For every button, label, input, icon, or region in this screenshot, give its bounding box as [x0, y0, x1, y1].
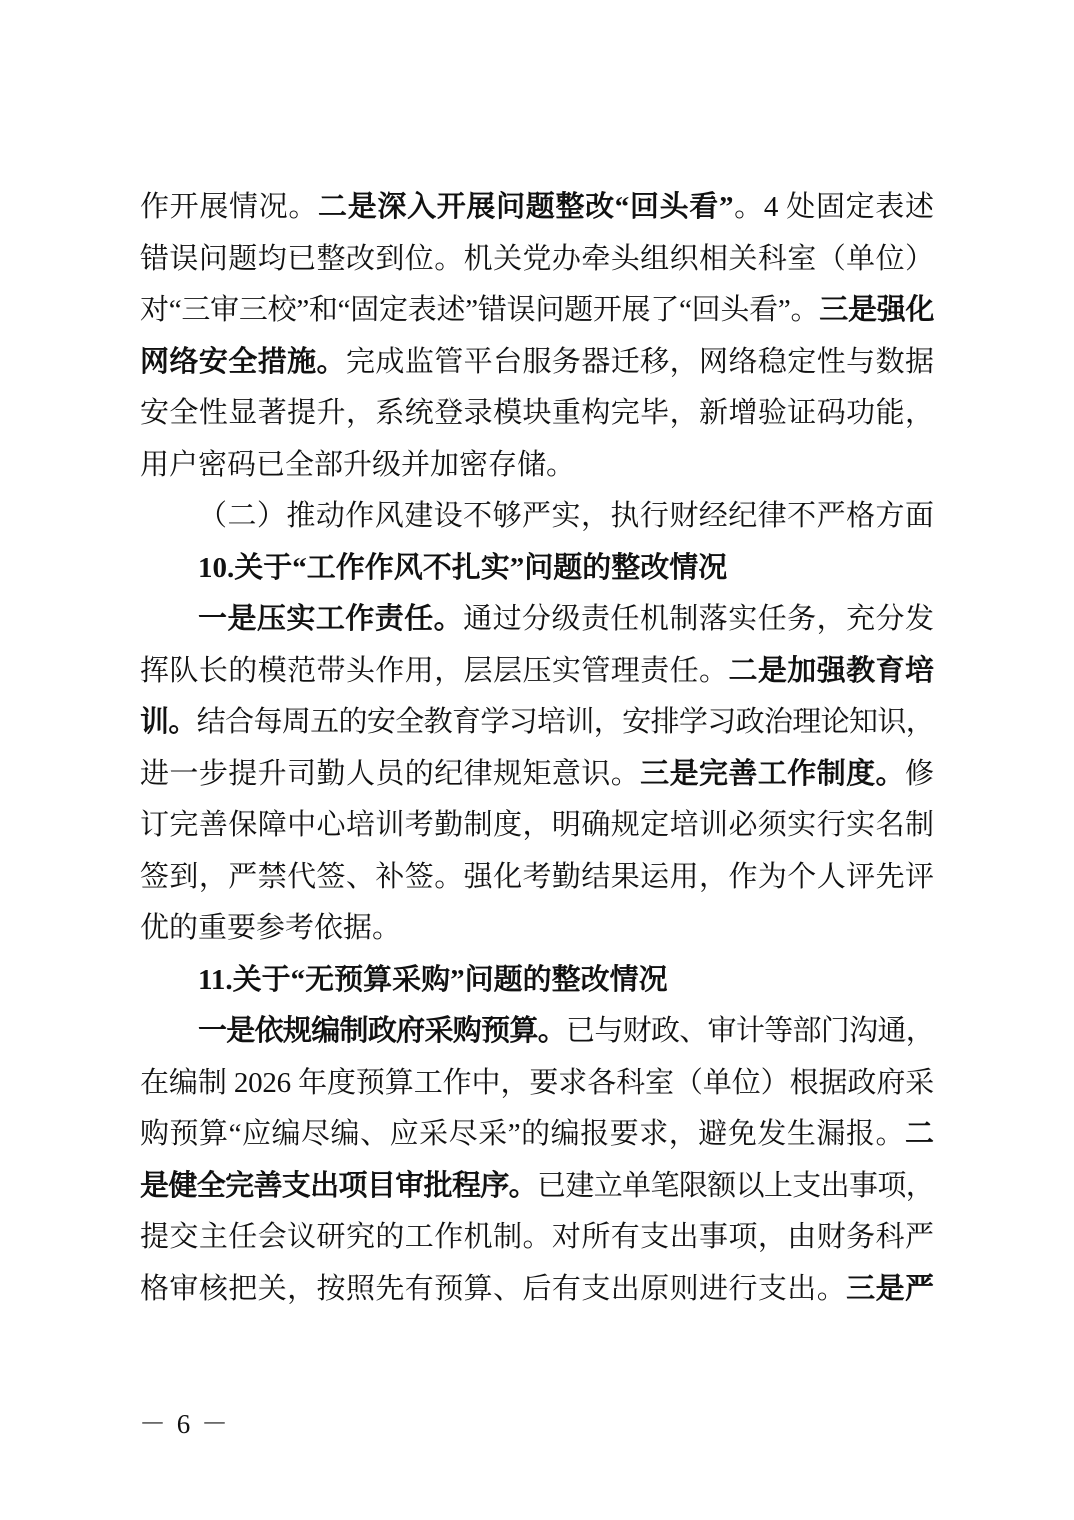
text-segment: 签到，严禁代签、补签。强化考勤结果运用，作为个人评先评: [140, 861, 934, 893]
text-segment: 在编制 2026 年度预算工作中，要求各科室（单位）根据政府采: [140, 1067, 934, 1099]
text-segment: 格审核把关，按照先有预算、后有支出原则进行支出。: [140, 1273, 846, 1305]
text-line: 购预算“应编尽编、应采尽采”的编报要求，避免发生漏报。二: [140, 1109, 934, 1161]
text-line: 在编制 2026 年度预算工作中，要求各科室（单位）根据政府采: [140, 1058, 934, 1110]
text-segment-bold: 一是压实工作责任。: [198, 603, 463, 635]
text-line: 进一步提升司勤人员的纪律规矩意识。三是完善工作制度。修: [140, 749, 934, 801]
document-page: 作开展情况。二是深入开展问题整改“回头看”。4 处固定表述错误问题均已整改到位。…: [0, 0, 1074, 1520]
text-segment: 修: [905, 758, 934, 790]
text-segment: 作开展情况。: [140, 191, 318, 223]
text-line: 格审核把关，按照先有预算、后有支出原则进行支出。三是严: [140, 1264, 934, 1316]
text-line: 订完善保障中心培训考勤制度，明确规定培训必须实行实名制: [140, 800, 934, 852]
text-segment: 错误问题均已整改到位。机关党办牵头组织相关科室（单位）: [140, 243, 934, 275]
text-segment-bold: 10.关于“工作作风不扎实”问题的整改情况: [198, 552, 727, 584]
text-line: 签到，严禁代签、补签。强化考勤结果运用，作为个人评先评: [140, 852, 934, 904]
text-segment: 结合每周五的安全教育学习培训，安排学习政治理论知识，: [197, 706, 934, 738]
text-segment-bold: 二: [905, 1118, 934, 1150]
text-line: 优的重要参考依据。: [140, 903, 934, 955]
page-number: － 6 －: [139, 1402, 230, 1441]
text-line: 是健全完善支出项目审批程序。已建立单笔限额以上支出事项，: [140, 1161, 934, 1213]
text-line: 对“三审三校”和“固定表述”错误问题开展了“回头看”。三是强化: [140, 285, 934, 337]
text-line: 错误问题均已整改到位。机关党办牵头组织相关科室（单位）: [140, 234, 934, 286]
text-segment: 用户密码已全部升级并加密存储。: [140, 449, 575, 481]
text-segment: （二）推动作风建设不够严实，执行财经纪律不严格方面: [198, 500, 934, 532]
text-segment: 挥队长的模范带头作用，层层压实管理责任。: [140, 655, 728, 687]
text-segment-bold: 训。: [140, 706, 197, 738]
text-line: 一是压实工作责任。通过分级责任机制落实任务，充分发: [140, 594, 934, 646]
text-segment: 对“三审三校”和“固定表述”错误问题开展了“回头看”。: [140, 294, 819, 326]
text-segment-bold: 是健全完善支出项目审批程序。: [140, 1170, 537, 1202]
text-line: 训。结合每周五的安全教育学习培训，安排学习政治理论知识，: [140, 697, 934, 749]
text-line: 提交主任会议研究的工作机制。对所有支出事项，由财务科严: [140, 1212, 934, 1264]
text-line: 10.关于“工作作风不扎实”问题的整改情况: [140, 543, 934, 595]
text-segment: 已建立单笔限额以上支出事项，: [537, 1170, 934, 1202]
text-segment: 完成监管平台服务器迁移，网络稳定性与数据: [346, 346, 934, 378]
text-segment: 进一步提升司勤人员的纪律规矩意识。: [140, 758, 640, 790]
text-segment: 。4 处固定表述: [734, 191, 934, 223]
text-line: 用户密码已全部升级并加密存储。: [140, 440, 934, 492]
text-line: 网络安全措施。完成监管平台服务器迁移，网络稳定性与数据: [140, 337, 934, 389]
text-segment-bold: 三是完善工作制度。: [640, 758, 905, 790]
text-segment: 优的重要参考依据。: [140, 912, 401, 944]
text-segment-bold: 一是依规编制政府采购预算。: [198, 1015, 566, 1047]
text-segment-bold: 三是严: [846, 1273, 934, 1305]
text-segment: 订完善保障中心培训考勤制度，明确规定培训必须实行实名制: [140, 809, 934, 841]
text-line: （二）推动作风建设不够严实，执行财经纪律不严格方面: [140, 491, 934, 543]
text-segment-bold: 11.关于“无预算采购”问题的整改情况: [198, 964, 668, 996]
text-line: 挥队长的模范带头作用，层层压实管理责任。二是加强教育培: [140, 646, 934, 698]
text-line: 一是依规编制政府采购预算。已与财政、审计等部门沟通，: [140, 1006, 934, 1058]
text-line: 安全性显著提升，系统登录模块重构完毕，新增验证码功能，: [140, 388, 934, 440]
text-segment-bold: 二是深入开展问题整改“回头看”: [318, 191, 733, 223]
text-segment: 已与财政、审计等部门沟通，: [566, 1015, 934, 1047]
text-segment: 购预算“应编尽编、应采尽采”的编报要求，避免发生漏报。: [140, 1118, 905, 1150]
text-segment-bold: 三是强化: [819, 294, 934, 326]
document-body: 作开展情况。二是深入开展问题整改“回头看”。4 处固定表述错误问题均已整改到位。…: [140, 182, 934, 1315]
text-segment: 提交主任会议研究的工作机制。对所有支出事项，由财务科严: [140, 1221, 934, 1253]
text-segment-bold: 网络安全措施。: [140, 346, 346, 378]
text-line: 11.关于“无预算采购”问题的整改情况: [140, 955, 934, 1007]
text-segment-bold: 二是加强教育培: [728, 655, 934, 687]
text-segment: 通过分级责任机制落实任务，充分发: [463, 603, 934, 635]
text-line: 作开展情况。二是深入开展问题整改“回头看”。4 处固定表述: [140, 182, 934, 234]
text-segment: 安全性显著提升，系统登录模块重构完毕，新增验证码功能，: [140, 397, 934, 429]
